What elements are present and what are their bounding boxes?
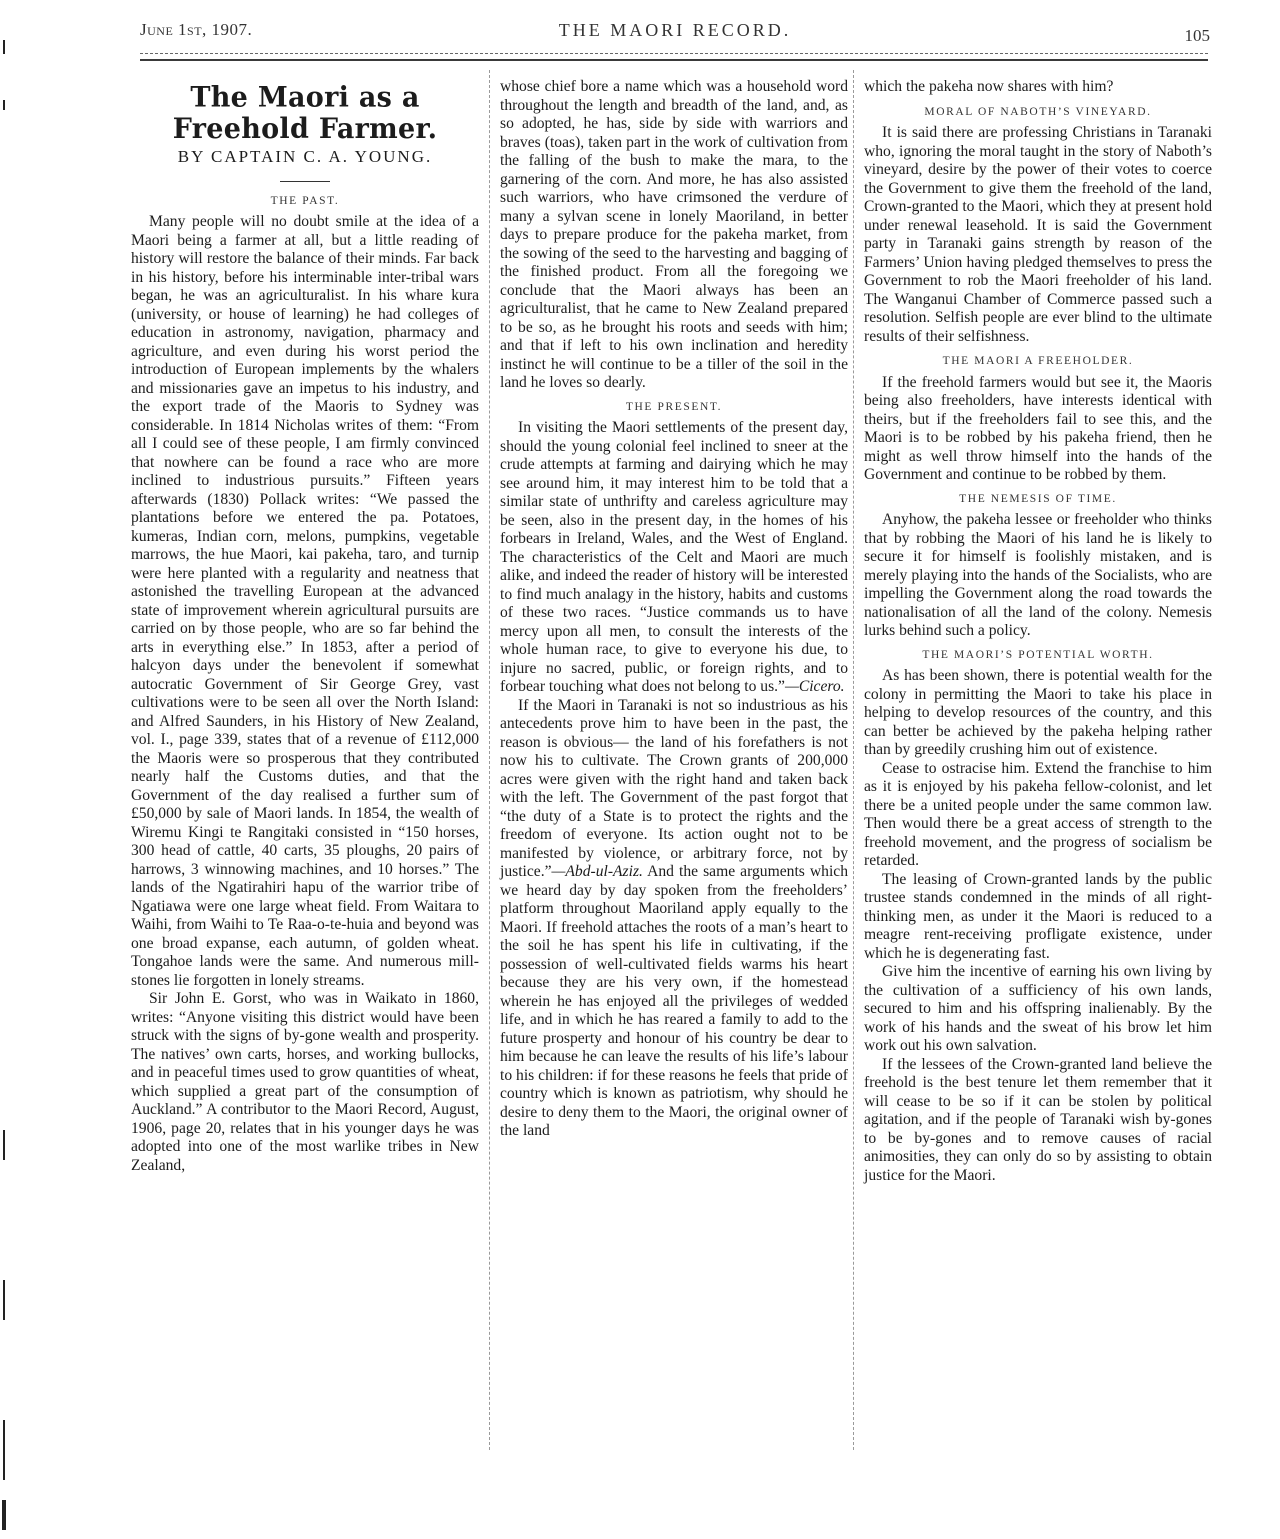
column-2: whose chief bore a name which was a hous… — [500, 78, 848, 1141]
column-divider — [853, 70, 854, 1450]
section-heading-potential-worth: THE MAORI’S POTENTIAL WORTH. — [864, 646, 1212, 665]
paragraph: If the lessees of the Crown-granted land… — [864, 1056, 1212, 1186]
paragraph: Many people will no doubt smile at the i… — [131, 213, 479, 990]
column-3: which the pakeha now shares with him? MO… — [864, 78, 1212, 1185]
section-heading-the-past: THE PAST. — [131, 192, 479, 211]
paragraph: Sir John E. Gorst, who was in Waikato in… — [131, 990, 479, 1175]
publication-title: THE MAORI RECORD. — [140, 20, 1210, 41]
article-title: The Maori as a Freehold Farmer. — [131, 83, 479, 146]
header-rule — [140, 59, 1208, 61]
paragraph-text: And the same arguments which we heard da… — [500, 863, 848, 1139]
paragraph: It is said there are professing Christia… — [864, 124, 1212, 346]
paragraph-text: If the Maori in Taranaki is not so indus… — [500, 697, 848, 881]
paragraph: As has been shown, there is potential we… — [864, 667, 1212, 760]
column-1: The Maori as a Freehold Farmer. BY CAPTA… — [131, 78, 479, 1175]
paragraph: Anyhow, the pakeha lessee or freeholder … — [864, 511, 1212, 641]
paragraph-continued: which the pakeha now shares with him? — [864, 78, 1212, 97]
paragraph: If the freehold farmers would but see it… — [864, 374, 1212, 485]
running-head: June 1st, 1907. THE MAORI RECORD. 105 — [140, 18, 1210, 46]
paragraph: If the Maori in Taranaki is not so indus… — [500, 697, 848, 1141]
section-heading-freeholder: THE MAORI A FREEHOLDER. — [864, 352, 1212, 371]
paragraph: In visiting the Maori settlements of the… — [500, 419, 848, 697]
title-rule — [280, 181, 330, 182]
header-rule-dashed — [140, 53, 1208, 54]
section-heading-the-present: THE PRESENT. — [500, 398, 848, 417]
section-heading-nemesis: THE NEMESIS OF TIME. — [864, 490, 1212, 509]
paragraph: Cease to ostracise him. Extend the fran­… — [864, 760, 1212, 871]
paragraph: The leasing of Crown-granted lands by th… — [864, 871, 1212, 964]
section-heading-naboth: MORAL OF NABOTH’S VINEYARD. — [864, 103, 1212, 122]
quote-attribution: —Abd-ul-Aziz. — [552, 863, 643, 880]
paragraph: Give him the incentive of earning his ow… — [864, 963, 1212, 1056]
page-number: 105 — [1185, 26, 1211, 46]
article-byline: BY CAPTAIN C. A. YOUNG. — [131, 148, 479, 167]
column-divider — [489, 70, 490, 1450]
paragraph-text: In visiting the Maori settlements of the… — [500, 419, 848, 695]
scan-margin-marks — [0, 0, 12, 1539]
paragraph-continued: whose chief bore a name which was a hous… — [500, 78, 848, 393]
quote-attribution: —Cicero. — [785, 678, 845, 695]
